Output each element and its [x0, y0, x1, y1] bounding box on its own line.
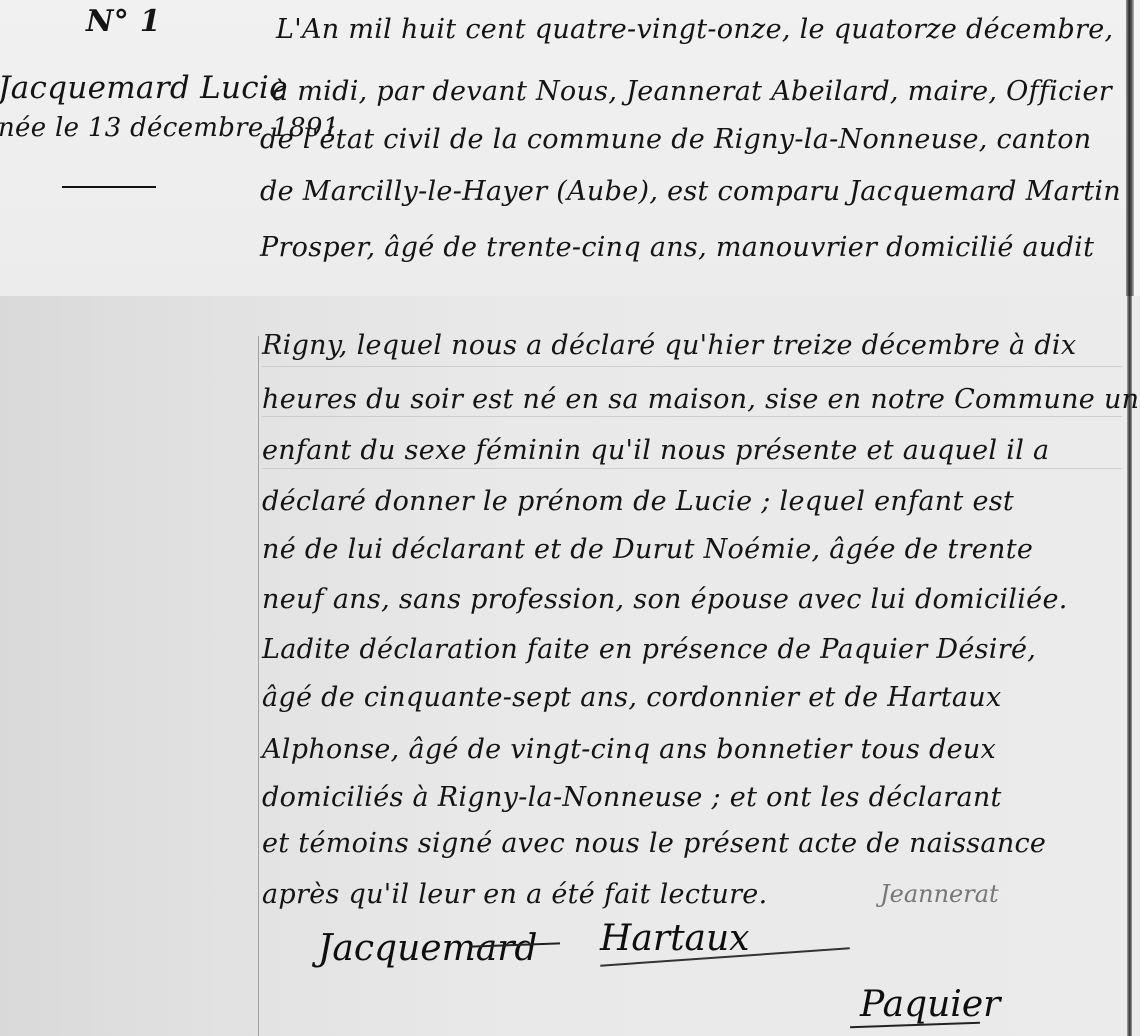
margin-divider — [62, 186, 156, 188]
record-line: Prosper, âgé de trente-cinq ans, manouvr… — [260, 232, 1094, 263]
margin-child-name: Jacquemard Lucie — [0, 70, 288, 106]
page-binding-edge — [1126, 0, 1134, 296]
record-line: à midi, par devant Nous, Jeannerat Abeil… — [272, 76, 1112, 107]
signature-witness-paquier: Paquier — [860, 984, 1000, 1025]
signature-mayor: Jeannerat — [880, 880, 999, 908]
act-number: N° 1 — [86, 4, 161, 39]
signature-block: Jeannerat Jacquemard Hartaux Paquier — [0, 296, 1140, 1036]
signature-declarant: Jacquemard — [318, 928, 537, 969]
register-page-top: N° 1 Jacquemard Lucie née le 13 décembre… — [0, 0, 1140, 296]
register-page-bottom: Rigny, lequel nous a déclaré qu'hier tre… — [0, 296, 1140, 1036]
page-gap — [1134, 0, 1140, 296]
record-line: de Marcilly-le-Hayer (Aube), est comparu… — [260, 176, 1121, 207]
signature-witness-hartaux: Hartaux — [600, 918, 749, 959]
record-line: L'An mil huit cent quatre-vingt-onze, le… — [276, 14, 1113, 45]
record-line: de l'état civil de la commune de Rigny-l… — [260, 124, 1091, 155]
